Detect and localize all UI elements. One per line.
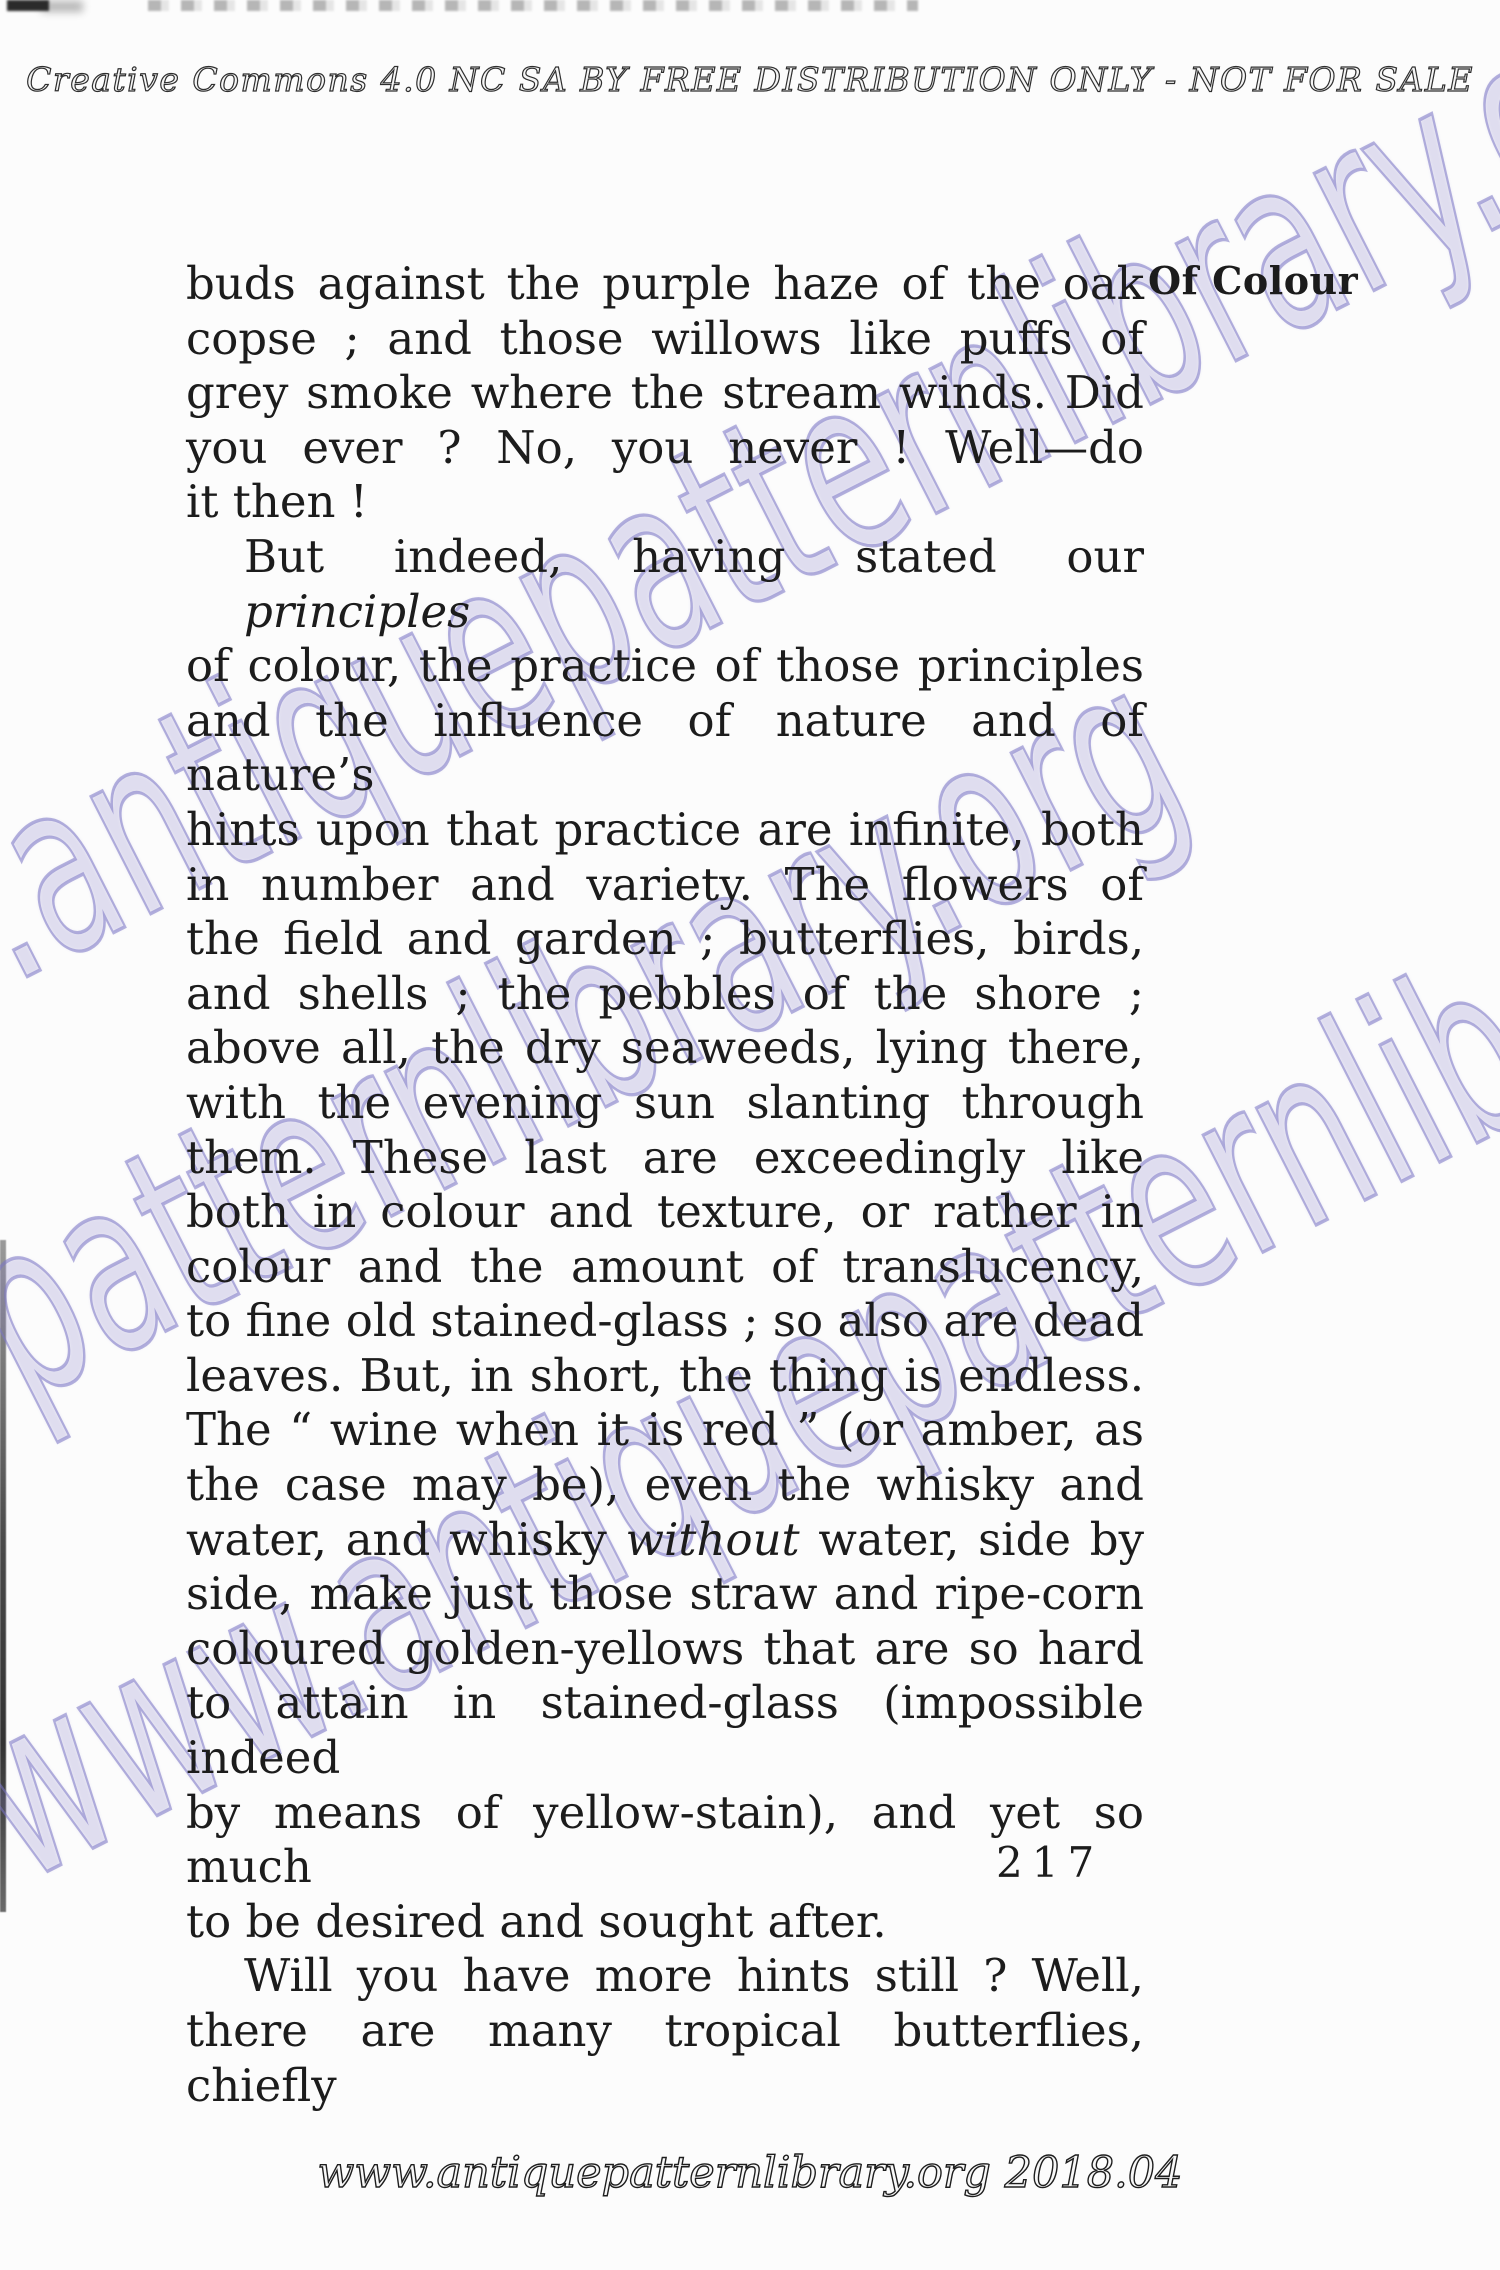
text-line-3: grey smoke where the stream winds. Did	[186, 366, 1144, 421]
text-line-8: and the influence of nature and of natur…	[186, 694, 1144, 803]
text-line-14: with the evening sun slanting through	[186, 1076, 1144, 1131]
scan-artifact-corner-blob	[7, 0, 49, 11]
text-line-17: colour and the amount of translucency,	[186, 1240, 1144, 1295]
text-line-19: leaves. But, in short, the thing is endl…	[186, 1349, 1144, 1404]
text-line-25: to attain in stained-glass (impossible i…	[186, 1676, 1144, 1785]
text-line-13: above all, the dry seaweeds, lying there…	[186, 1021, 1144, 1076]
scanned-book-page: .antiquepatternlibrary.orgpatternlibrary…	[0, 0, 1500, 2270]
text-line-20: The “ wine when it is red ” (or amber, a…	[186, 1403, 1144, 1458]
margin-note: Of Colour	[1148, 258, 1358, 303]
text-line-29: there are many tropical butterflies, chi…	[186, 2004, 1144, 2113]
text-line-4: you ever ? No, you never ! Well—do	[186, 421, 1144, 476]
text-line-23: side, make just those straw and ripe-cor…	[186, 1567, 1144, 1622]
text-line-28: Will you have more hints still ? Well,	[186, 1949, 1144, 2004]
text-line-27: to be desired and sought after.	[186, 1895, 1144, 1950]
text-line-11: the field and garden ; butterflies, bird…	[186, 912, 1144, 967]
text-line-10: in number and variety. The flowers of	[186, 858, 1144, 913]
text-line-12: and shells ; the pebbles of the shore ;	[186, 967, 1144, 1022]
text-line-1: buds against the purple haze of the oak	[186, 257, 1144, 312]
text-line-22: water, and whisky without water, side by	[186, 1513, 1144, 1568]
page-number: 217	[996, 1838, 1103, 1887]
text-line-21: the case may be), even the whisky and	[186, 1458, 1144, 1513]
text-line-9: hints upon that practice are infinite, b…	[186, 803, 1144, 858]
body-text-block: buds against the purple haze of the oakc…	[186, 257, 1144, 2113]
text-line-16: both in colour and texture, or rather in	[186, 1185, 1144, 1240]
footer-watermark-text: www.antiquepatternlibrary.org 2018.04	[0, 2148, 1500, 2198]
text-line-5: it then !	[186, 475, 1144, 530]
text-line-2: copse ; and those willows like puffs of	[186, 312, 1144, 367]
text-line-7: of colour, the practice of those princip…	[186, 639, 1144, 694]
text-line-18: to fine old stained-glass ; so also are …	[186, 1294, 1144, 1349]
scan-artifact-top-edge-text	[148, 0, 918, 11]
text-line-6: But indeed, having stated our principles	[186, 530, 1144, 639]
text-line-15: them. These last are exceedingly like	[186, 1131, 1144, 1186]
scan-artifact-left-edge	[0, 1240, 6, 1912]
text-line-24: coloured golden-yellows that are so hard	[186, 1622, 1144, 1677]
license-header: Creative Commons 4.0 NC SA BY FREE DISTR…	[0, 60, 1500, 99]
